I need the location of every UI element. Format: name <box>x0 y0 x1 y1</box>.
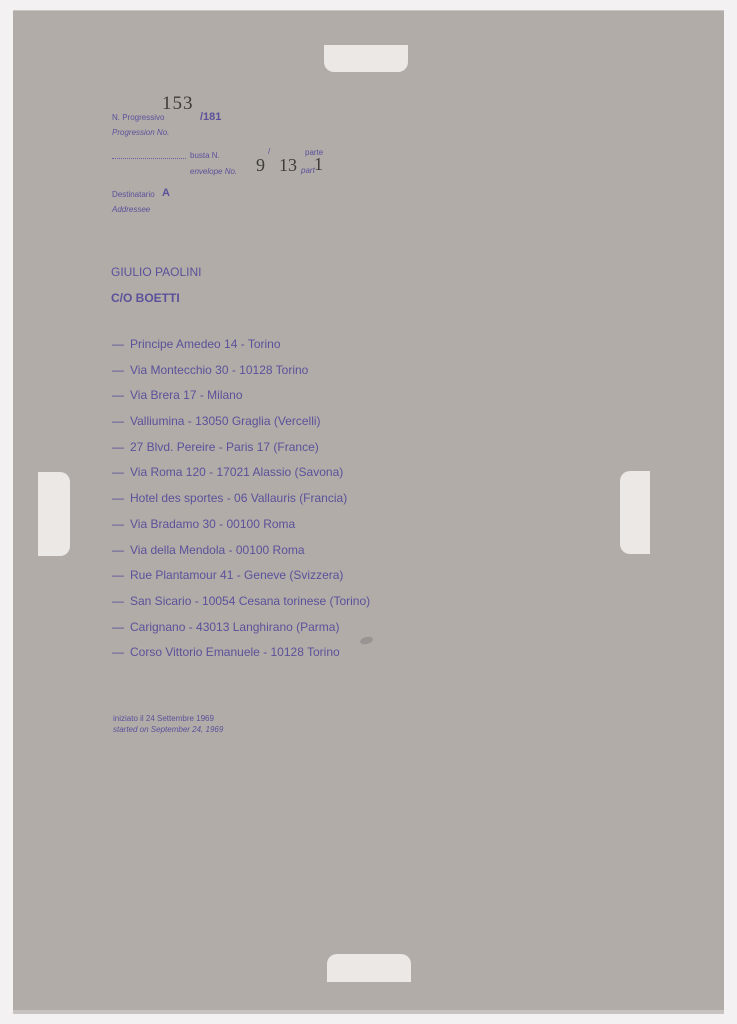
dash-bullet-icon: — <box>112 516 130 532</box>
dash-bullet-icon: — <box>112 567 130 583</box>
address-item: —27 Blvd. Pereire - Paris 17 (France) <box>112 439 370 465</box>
envelope-blank-line <box>112 158 186 159</box>
dash-bullet-icon: — <box>112 413 130 429</box>
progression-number: 153 <box>162 93 194 115</box>
address-text: San Sicario - 10054 Cesana torinese (Tor… <box>130 594 370 608</box>
address-item: —Via della Mendola - 00100 Roma <box>112 542 370 568</box>
punch-hole-left <box>38 472 70 556</box>
punch-hole-top <box>324 45 408 72</box>
envelope-number: 9 <box>256 155 265 176</box>
dash-bullet-icon: — <box>112 490 130 506</box>
recipient-care-of: C/O BOETTI <box>111 291 180 305</box>
envelope-label-en: envelope No. <box>190 167 237 176</box>
address-text: Via Roma 120 - 17021 Alassio (Savona) <box>130 465 343 479</box>
recipient-name: GIULIO PAOLINI <box>111 265 201 279</box>
dash-bullet-icon: — <box>112 336 130 352</box>
address-text: Via della Mendola - 00100 Roma <box>130 543 305 557</box>
envelope-slash: / <box>268 147 270 156</box>
started-date-it: iniziato il 24 Settembre 1969 <box>113 714 214 723</box>
dash-bullet-icon: — <box>112 362 130 378</box>
address-text: 27 Blvd. Pereire - Paris 17 (France) <box>130 440 319 454</box>
address-text: Valliumina - 13050 Graglia (Vercelli) <box>130 414 321 428</box>
part-number: 1 <box>314 154 323 175</box>
address-item: —Principe Amedeo 14 - Torino <box>112 336 370 362</box>
dash-bullet-icon: — <box>112 593 130 609</box>
addressee-value: A <box>162 187 170 199</box>
dash-bullet-icon: — <box>112 439 130 455</box>
dash-bullet-icon: — <box>112 464 130 480</box>
address-item: —Corso Vittorio Emanuele - 10128 Torino <box>112 644 370 670</box>
address-text: Rue Plantamour 41 - Geneve (Svizzera) <box>130 568 343 582</box>
started-date-en: started on September 24, 1969 <box>113 725 223 734</box>
address-item: —Rue Plantamour 41 - Geneve (Svizzera) <box>112 567 370 593</box>
addressee-label-it: Destinatario <box>112 190 155 199</box>
address-text: Hotel des sportes - 06 Vallauris (Franci… <box>130 491 347 505</box>
address-item: —Valliumina - 13050 Graglia (Vercelli) <box>112 413 370 439</box>
sheet-edge <box>13 1010 724 1014</box>
address-text: Principe Amedeo 14 - Torino <box>130 337 281 351</box>
addressee-label-en: Addressee <box>112 205 150 214</box>
address-item: —Via Roma 120 - 17021 Alassio (Savona) <box>112 464 370 490</box>
progression-total: /181 <box>200 111 221 123</box>
part-label-en: part <box>301 166 315 175</box>
progression-label-it: N. Progressivo <box>112 113 164 122</box>
address-text: Via Brera 17 - Milano <box>130 388 243 402</box>
envelope-sub-number: 13 <box>279 155 297 176</box>
dash-bullet-icon: — <box>112 619 130 635</box>
dash-bullet-icon: — <box>112 644 130 660</box>
progression-label-en: Progression No. <box>112 128 169 137</box>
address-item: —Via Bradamo 30 - 00100 Roma <box>112 516 370 542</box>
address-text: Via Bradamo 30 - 00100 Roma <box>130 517 295 531</box>
dash-bullet-icon: — <box>112 387 130 403</box>
address-text: Corso Vittorio Emanuele - 10128 Torino <box>130 645 340 659</box>
address-item: —San Sicario - 10054 Cesana torinese (To… <box>112 593 370 619</box>
address-item: —Carignano - 43013 Langhirano (Parma) <box>112 619 370 645</box>
envelope-label-it: busta N. <box>190 151 220 160</box>
address-item: —Hotel des sportes - 06 Vallauris (Franc… <box>112 490 370 516</box>
address-text: Via Montecchio 30 - 10128 Torino <box>130 363 308 377</box>
punch-hole-bottom <box>327 954 411 982</box>
punch-hole-right <box>620 471 650 554</box>
dash-bullet-icon: — <box>112 542 130 558</box>
address-text: Carignano - 43013 Langhirano (Parma) <box>130 620 339 634</box>
address-item: —Via Brera 17 - Milano <box>112 387 370 413</box>
address-list: —Principe Amedeo 14 - Torino—Via Montecc… <box>112 336 370 670</box>
address-item: —Via Montecchio 30 - 10128 Torino <box>112 362 370 388</box>
